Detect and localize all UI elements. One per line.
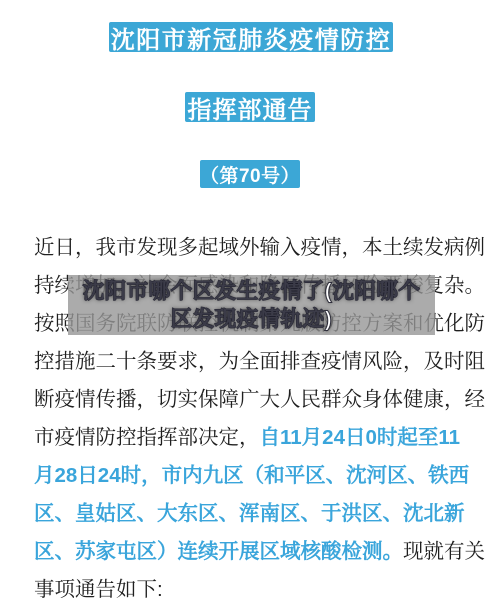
notice-image: 沈阳市新冠肺炎疫情防控 指挥部通告 （第70号） 近日，我市发现多起域外输入疫情… — [0, 0, 500, 607]
notice-title-line1-text: 沈阳市新冠肺炎疫情防控 — [111, 20, 392, 55]
notice-text-line: 断疫情传播，切实保障广大人民群众身体健康，经 — [34, 381, 488, 419]
text-segment: 现就有关 — [403, 540, 485, 563]
text-segment: 市疫情防控指挥部决定， — [34, 426, 260, 449]
notice-text-line: 市疫情防控指挥部决定，自11月24日0时起至11 — [34, 419, 488, 457]
notice-title-line2: 指挥部通告 — [185, 92, 315, 122]
watermark-overlay: 沈阳市哪个区发生疫情了(沈阳哪个 区发现疫情轨迹) — [68, 275, 435, 335]
notice-text-line: 区、苏家屯区）连续开展区域核酸检测。现就有关 — [34, 533, 488, 571]
watermark-text-line1: 沈阳市哪个区发生疫情了(沈阳哪个 — [83, 277, 421, 305]
text-segment: 控措施二十条要求，为全面排查疫情风险，及时阻 — [34, 350, 485, 373]
notice-title-line1: 沈阳市新冠肺炎疫情防控 — [109, 22, 393, 52]
highlighted-text-segment: 月28日24时，市内九区（和平区、沈河区、铁西 — [34, 464, 469, 487]
text-segment: 断疫情传播，切实保障广大人民群众身体健康，经 — [34, 388, 485, 411]
highlighted-text-segment: 区、苏家屯区）连续开展区域核酸检测。 — [34, 540, 403, 563]
notice-text-line: 事项通告如下: — [34, 571, 488, 607]
text-segment: 近日，我市发现多起域外输入疫情，本土续发病例 — [34, 236, 485, 259]
watermark-text-line2: 区发现疫情轨迹) — [171, 305, 333, 333]
notice-text-line: 月28日24时，市内九区（和平区、沈河区、铁西 — [34, 457, 488, 495]
notice-text-line: 近日，我市发现多起域外输入疫情，本土续发病例 — [34, 229, 488, 267]
notice-issue-number: （第70号） — [200, 160, 300, 188]
notice-issue-number-text: （第70号） — [200, 161, 300, 188]
notice-text-line: 区、皇姑区、大东区、浑南区、于洪区、沈北新 — [34, 495, 488, 533]
highlighted-text-segment: 自11月24日0时起至11 — [260, 426, 461, 449]
text-segment: 事项通告如下: — [34, 578, 163, 601]
notice-text-line: 控措施二十条要求，为全面排查疫情风险，及时阻 — [34, 343, 488, 381]
highlighted-text-segment: 区、皇姑区、大东区、浑南区、于洪区、沈北新 — [34, 502, 465, 525]
notice-title-line2-text: 指挥部通告 — [188, 90, 313, 125]
